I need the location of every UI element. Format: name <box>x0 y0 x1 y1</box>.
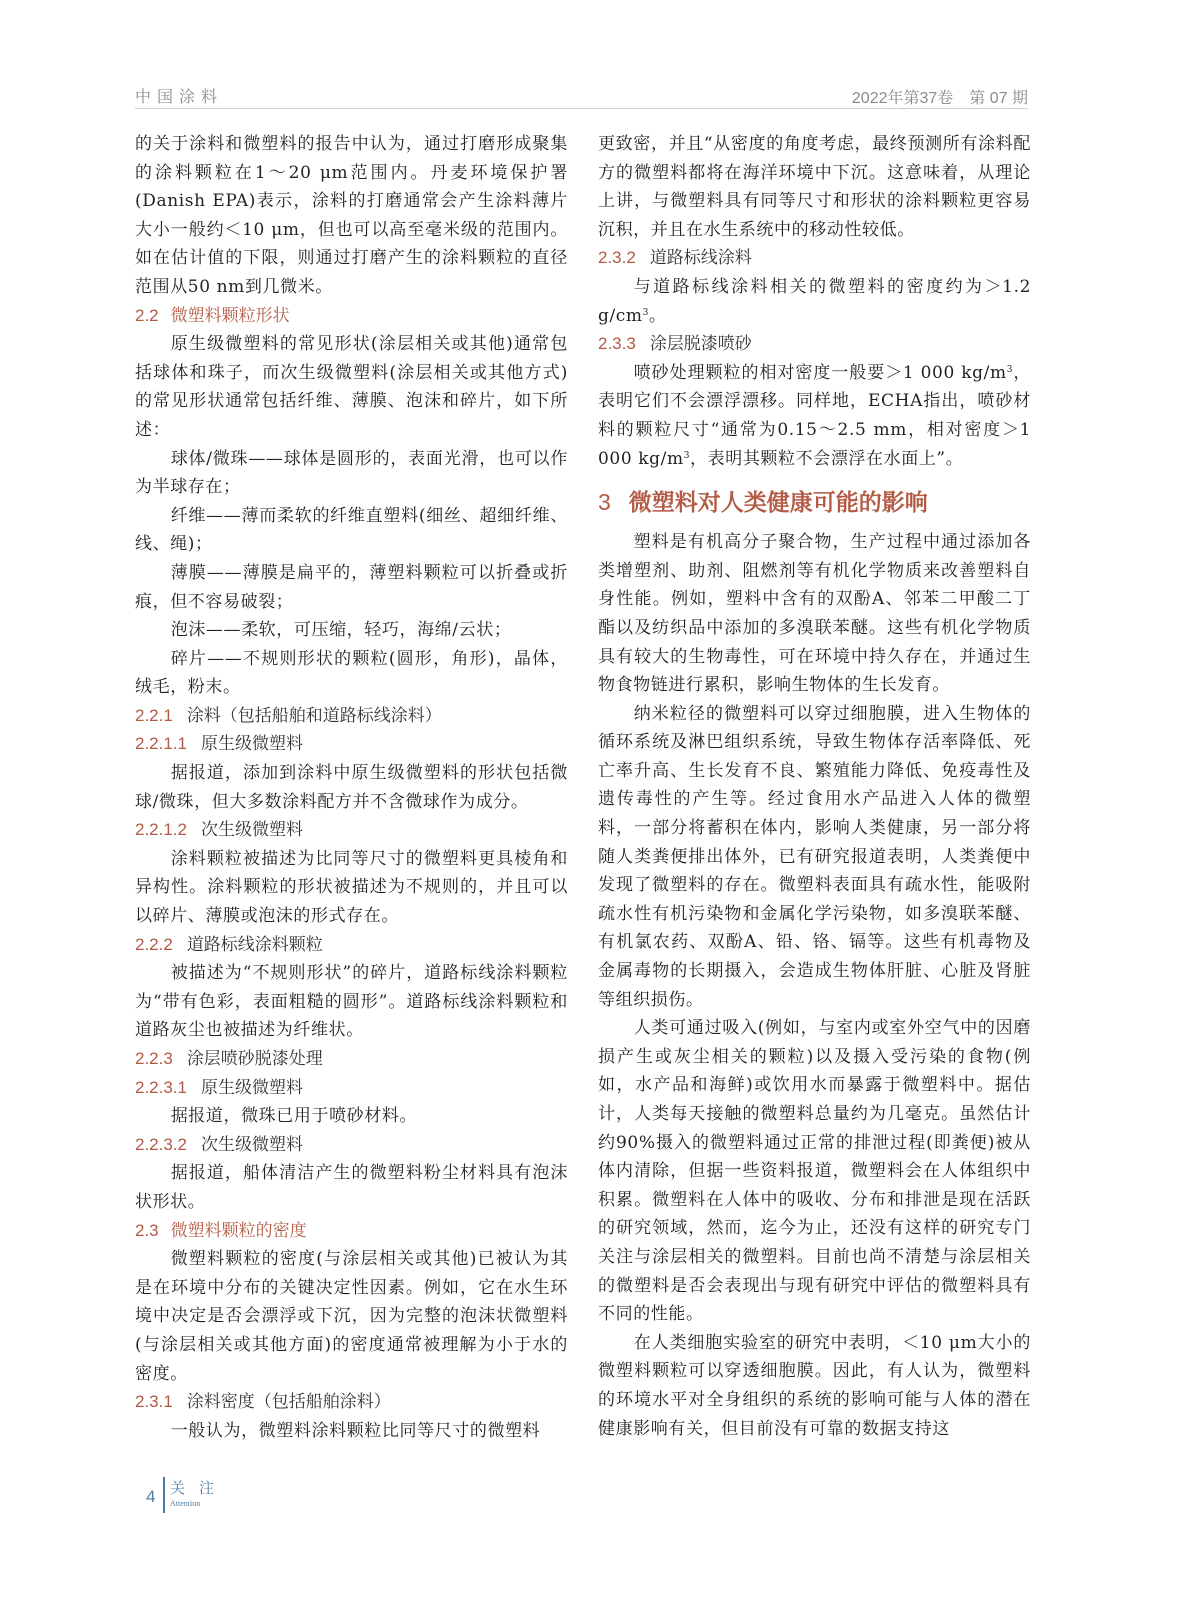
section-heading-2-2-1: 2.2.1涂料（包括船舶和道路标线涂料） <box>135 702 568 731</box>
section-number: 2.2.1.2 <box>135 820 187 839</box>
paragraph: 与道路标线涂料相关的微塑料的密度约为＞1.2 g/cm3。 <box>598 273 1031 330</box>
page-number: 4 <box>146 1487 155 1507</box>
paragraph: 泡沫——柔软，可压缩，轻巧，海绵/云状； <box>135 616 568 645</box>
section-label-en: Attention <box>170 1499 200 1508</box>
footer-divider <box>163 1477 165 1513</box>
paragraph: 一般认为，微塑料涂料颗粒比同等尺寸的微塑料 <box>135 1417 568 1446</box>
paragraph: 的关于涂料和微塑料的报告中认为，通过打磨形成聚集的涂料颗粒在1～20 μm范围内… <box>135 130 568 302</box>
section-title: 微塑料颗粒的密度 <box>171 1221 307 1241</box>
section-number: 2.2.2 <box>135 935 173 954</box>
paragraph: 喷砂处理颗粒的相对密度一般要＞1 000 kg/m3，表明它们不会漂浮漂移。同样… <box>598 359 1031 473</box>
page-header: 中国涂料 2022年第37卷 第 07 期 <box>135 84 1028 109</box>
section-heading-2-2-3-1: 2.2.3.1原生级微塑料 <box>135 1074 568 1103</box>
section-number: 3 <box>598 489 611 515</box>
section-number: 2.2.1.1 <box>135 734 187 753</box>
section-number: 2.3 <box>135 1221 159 1240</box>
section-heading-2-3: 2.3微塑料颗粒的密度 <box>135 1217 568 1246</box>
section-title: 原生级微塑料 <box>201 734 303 754</box>
section-number: 2.3.2 <box>598 248 636 267</box>
section-title: 涂层脱漆喷砂 <box>650 334 752 354</box>
section-heading-2-2-1-2: 2.2.1.2次生级微塑料 <box>135 816 568 845</box>
paragraph: 球体/微珠——球体是圆形的，表面光滑，也可以作为半球存在； <box>135 445 568 502</box>
paragraph: 原生级微塑料的常见形状(涂层相关或其他)通常包括球体和珠子，而次生级微塑料(涂层… <box>135 330 568 444</box>
left-column: 的关于涂料和微塑料的报告中认为，通过打磨形成聚集的涂料颗粒在1～20 μm范围内… <box>135 130 568 1445</box>
section-heading-2-2-3: 2.2.3涂层喷砂脱漆处理 <box>135 1045 568 1074</box>
section-number: 2.3.1 <box>135 1392 173 1411</box>
paragraph: 纳米粒径的微塑料可以穿过细胞膜，进入生物体的循环系统及淋巴组织系统，导致生物体存… <box>598 700 1031 1015</box>
section-title: 原生级微塑料 <box>201 1078 303 1098</box>
section-heading-2-3-1: 2.3.1涂料密度（包括船舶涂料） <box>135 1388 568 1417</box>
section-heading-2-3-2: 2.3.2道路标线涂料 <box>598 244 1031 273</box>
section-heading-3: 3微塑料对人类健康可能的影响 <box>598 485 1031 520</box>
section-title: 涂料（包括船舶和道路标线涂料） <box>187 706 442 726</box>
paragraph: 被描述为“不规则形状”的碎片，道路标线涂料颗粒为“带有色彩，表面粗糙的圆形”。道… <box>135 959 568 1045</box>
paragraph: 微塑料颗粒的密度(与涂层相关或其他)已被认为其是在环境中分布的关键决定性因素。例… <box>135 1245 568 1388</box>
section-title: 微塑料对人类健康可能的影响 <box>629 490 928 516</box>
section-heading-2-2-2: 2.2.2道路标线涂料颗粒 <box>135 931 568 960</box>
paragraph: 据报道，添加到涂料中原生级微塑料的形状包括微球/微珠，但大多数涂料配方并不含微球… <box>135 759 568 816</box>
paragraph: 碎片——不规则形状的颗粒(圆形，角形)，晶体，绒毛，粉末。 <box>135 645 568 702</box>
section-title: 次生级微塑料 <box>201 820 303 840</box>
paragraph: 纤维——薄而柔软的纤维直塑料(细丝、超细纤维、线、绳)； <box>135 502 568 559</box>
section-label: 关注 <box>170 1477 228 1498</box>
section-heading-2-2-1-1: 2.2.1.1原生级微塑料 <box>135 730 568 759</box>
section-number: 2.2.3.1 <box>135 1078 187 1097</box>
paragraph: 更致密，并且“从密度的角度考虑，最终预测所有涂料配方的微塑料都将在海洋环境中下沉… <box>598 130 1031 244</box>
section-heading-2-2-3-2: 2.2.3.2次生级微塑料 <box>135 1131 568 1160</box>
section-title: 微塑料颗粒形状 <box>171 306 290 326</box>
paragraph: 在人类细胞实验室的研究中表明，＜10 μm大小的微塑料颗粒可以穿透细胞膜。因此，… <box>598 1329 1031 1443</box>
section-title: 道路标线涂料颗粒 <box>187 935 323 955</box>
section-number: 2.3.3 <box>598 334 636 353</box>
section-title: 涂料密度（包括船舶涂料） <box>187 1392 391 1412</box>
paragraph: 据报道，微珠已用于喷砂材料。 <box>135 1102 568 1131</box>
section-heading-2-3-3: 2.3.3涂层脱漆喷砂 <box>598 330 1031 359</box>
section-number: 2.2 <box>135 306 159 325</box>
section-number: 2.2.3 <box>135 1049 173 1068</box>
section-title: 次生级微塑料 <box>201 1135 303 1155</box>
section-title: 涂层喷砂脱漆处理 <box>187 1049 323 1069</box>
paragraph: 人类可通过吸入(例如，与室内或室外空气中的因磨损产生或灰尘相关的颗粒)以及摄入受… <box>598 1014 1031 1329</box>
journal-name: 中国涂料 <box>135 84 223 107</box>
section-heading-2-2: 2.2微塑料颗粒形状 <box>135 302 568 331</box>
right-column: 更致密，并且“从密度的角度考虑，最终预测所有涂料配方的微塑料都将在海洋环境中下沉… <box>598 130 1031 1443</box>
paragraph: 据报道，船体清洁产生的微塑料粉尘材料具有泡沫状形状。 <box>135 1159 568 1216</box>
section-title: 道路标线涂料 <box>650 248 752 268</box>
paragraph: 薄膜——薄膜是扁平的，薄塑料颗粒可以折叠或折痕，但不容易破裂； <box>135 559 568 616</box>
paragraph: 塑料是有机高分子聚合物，生产过程中通过添加各类增塑剂、助剂、阻燃剂等有机化学物质… <box>598 528 1031 700</box>
section-number: 2.2.3.2 <box>135 1135 187 1154</box>
section-number: 2.2.1 <box>135 706 173 725</box>
issue-info: 2022年第37卷 第 07 期 <box>852 85 1028 108</box>
paragraph: 涂料颗粒被描述为比同等尺寸的微塑料更具棱角和异构性。涂料颗粒的形状被描述为不规则… <box>135 845 568 931</box>
